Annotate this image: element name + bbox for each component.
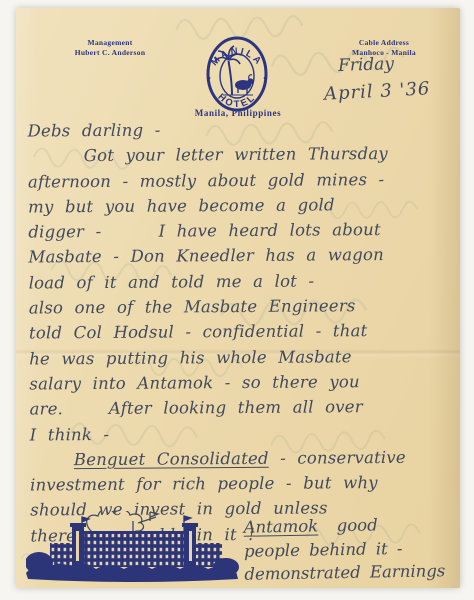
benguet-line-rest: - conservative (269, 448, 406, 468)
letter-line: Masbate - Don Kneedler has a wagon (28, 242, 452, 270)
letter-line: investment for rich people - but why (30, 470, 454, 498)
closing-note-block: Antamok good people behind it - demonstr… (243, 512, 445, 586)
antamok-underlined: Antamok (243, 516, 318, 536)
benguet-underlined: Benguet Consolidated (74, 449, 269, 469)
letter-line: digger - I have heard lots about (28, 217, 452, 245)
letter-line: are. After looking them all over (29, 394, 453, 422)
letter-line: I think - (30, 419, 454, 447)
management-label: Management (50, 38, 170, 48)
letter-line: told Col Hodsul - confidential - that (29, 318, 453, 346)
cable-address-label: Cable Address (324, 38, 444, 48)
letter-line: Benguet Consolidated - conservative (30, 444, 454, 472)
antamok-line-rest: good (318, 515, 378, 535)
letter-line: Got your letter written Thursday (28, 141, 452, 169)
handwritten-date: April 3 '36 (324, 78, 431, 105)
management-block: Management Hubert C. Anderson (50, 38, 170, 58)
letter-line: load of it and told me a lot - (29, 267, 453, 295)
letter-line: salary into Antamok - so there you (29, 368, 453, 396)
closing-line: people behind it - (244, 536, 445, 563)
closing-line: demonstrated Earnings (244, 559, 445, 586)
manila-hotel-logo: MANILA HOTEL (199, 34, 275, 114)
management-name: Hubert C. Anderson (50, 48, 170, 58)
salutation: Debs darling - (28, 116, 452, 144)
closing-line: Antamok good (243, 512, 444, 539)
hotel-building-illustration (26, 511, 240, 587)
handwritten-day: Friday (338, 54, 395, 76)
letter-line: also one of the Masbate Engineers (29, 293, 453, 321)
letter-line: my but you have become a gold (28, 191, 452, 219)
letter-body: Debs darling - Got your letter written T… (28, 116, 455, 549)
letter-line: afternoon - mostly about gold mines - (28, 166, 452, 194)
scanned-letter-background: Management Hubert C. Anderson Cable Addr… (0, 0, 474, 600)
letter-line: he was putting his whole Masbate (29, 343, 453, 371)
letter-paper: Management Hubert C. Anderson Cable Addr… (16, 8, 460, 588)
